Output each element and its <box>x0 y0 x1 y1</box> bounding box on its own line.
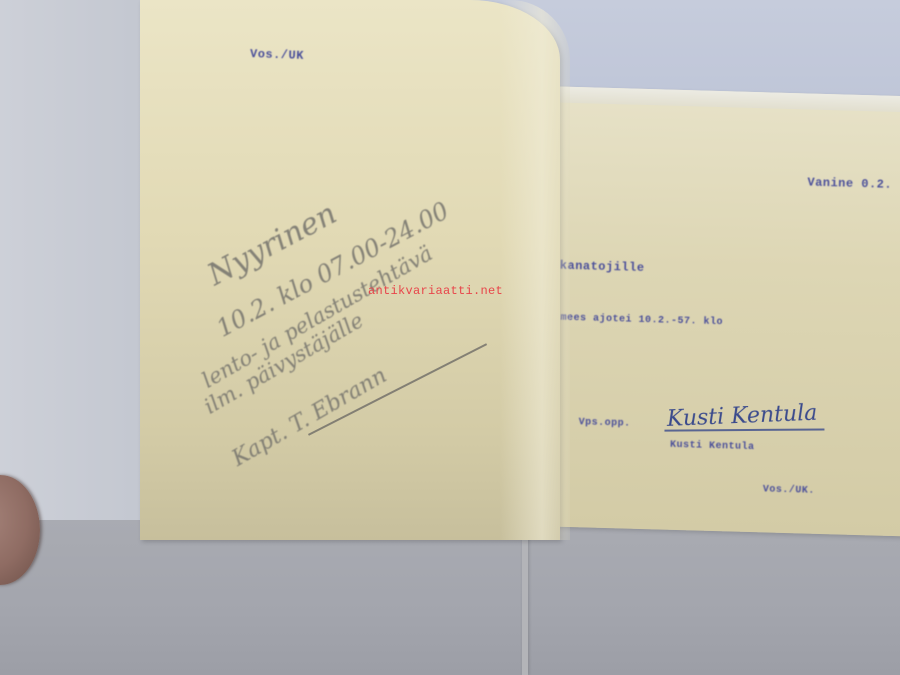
watermark: antikvariaatti.net <box>368 284 503 298</box>
footer-reference: Vos./UK. <box>763 484 815 496</box>
signature-label: Vps.opp. <box>578 417 630 429</box>
signature-underline <box>664 428 824 431</box>
handwritten-note-sheet: Vos./UK Nyyrinen 10.2. klo 07.00-24.00 l… <box>140 0 560 540</box>
typed-signature-name: Kusti Kentula <box>670 440 755 453</box>
typed-header: Vos./UK <box>250 47 304 63</box>
album-page-bottom <box>0 520 900 675</box>
typed-document-sheet: Vanine 0.2. Eskikanatojille Esiolimees a… <box>528 86 900 536</box>
handwritten-signature: Kusti Kentula <box>666 401 817 432</box>
place-date: Vanine 0.2. <box>807 176 892 192</box>
